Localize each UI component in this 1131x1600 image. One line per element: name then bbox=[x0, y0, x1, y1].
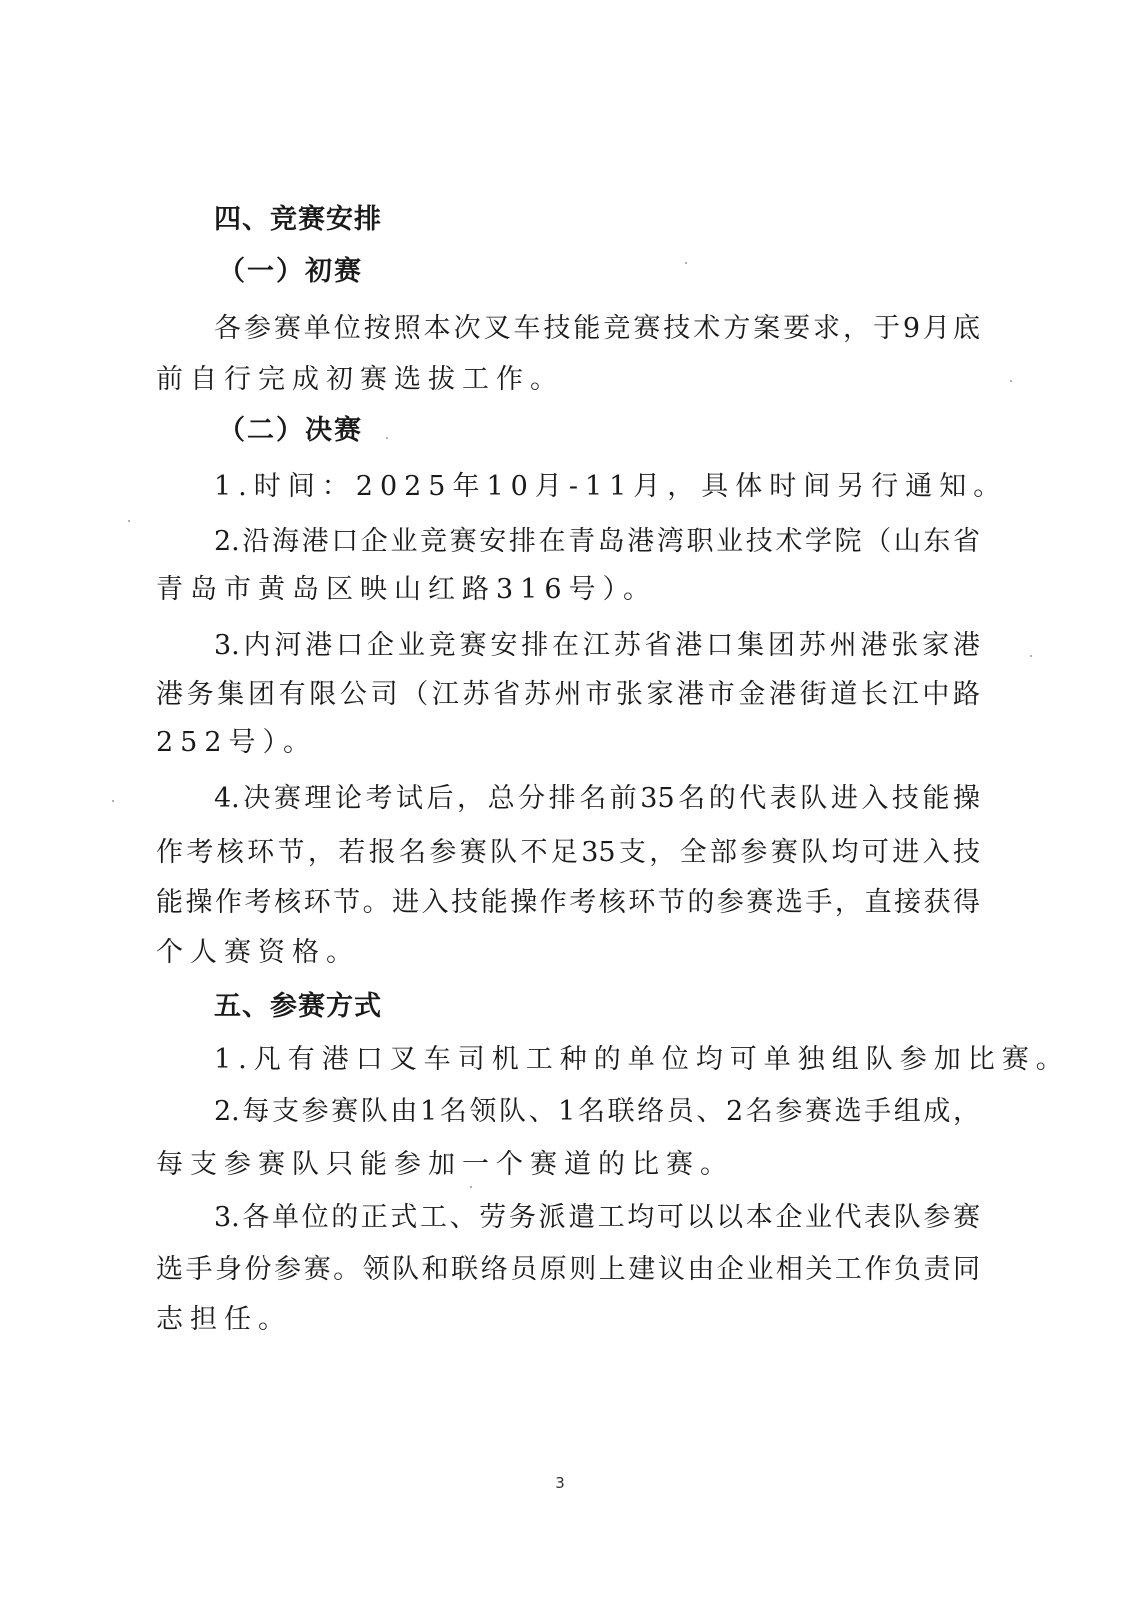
scan-speck bbox=[1010, 380, 1012, 382]
paragraph-line: 志担任。 bbox=[156, 1300, 986, 1340]
paragraph-line: 2.沿海港口企业竞赛安排在青岛港湾职业技术学院（山东省 bbox=[214, 522, 980, 562]
section-heading-4: 四、竞赛安排 bbox=[214, 200, 1044, 240]
paragraph-line: 3.内河港口企业竞赛安排在江苏省港口集团苏州港张家港 bbox=[214, 626, 980, 666]
paragraph-line: 前自行完成初赛选拔工作。 bbox=[156, 360, 986, 400]
paragraph-line: 青岛市黄岛区映山红路316号）。 bbox=[156, 570, 986, 610]
paragraph-line: 1.时间：2025年10月-11月，具体时间另行通知。 bbox=[214, 467, 1044, 507]
paragraph-line: 选手身份参赛。领队和联络员原则上建议由企业相关工作负责同 bbox=[156, 1250, 980, 1290]
scan-speck bbox=[112, 800, 114, 802]
paragraph-line: 每支参赛队只能参加一个赛道的比赛。 bbox=[156, 1145, 986, 1185]
scan-speck bbox=[1030, 655, 1032, 657]
scan-speck bbox=[386, 437, 388, 439]
paragraph-line: 作考核环节，若报名参赛队不足35支，全部参赛队均可进入技 bbox=[156, 833, 980, 873]
paragraph-line: 能操作考核环节。进入技能操作考核环节的参赛选手，直接获得 bbox=[156, 883, 980, 923]
scan-speck bbox=[128, 520, 130, 522]
section-heading-5: 五、参赛方式 bbox=[214, 987, 1044, 1027]
paragraph-line: 各参赛单位按照本次叉车技能竞赛技术方案要求，于9月底 bbox=[214, 309, 980, 349]
paragraph-line: 港务集团有限公司（江苏省苏州市张家港市金港街道长江中路 bbox=[156, 675, 980, 715]
document-page: 四、竞赛安排 （一）初赛 各参赛单位按照本次叉车技能竞赛技术方案要求，于9月底 … bbox=[0, 0, 1131, 1600]
paragraph-line: 252号）。 bbox=[156, 723, 986, 763]
scan-speck bbox=[470, 1186, 472, 1188]
paragraph-line: 1.凡有港口叉车司机工种的单位均可单独组队参加比赛。 bbox=[214, 1040, 1044, 1080]
subsection-heading-preliminary: （一）初赛 bbox=[218, 252, 1048, 292]
scan-speck bbox=[685, 262, 687, 264]
subsection-heading-final: （二）决赛 bbox=[218, 411, 1048, 451]
paragraph-line: 个人赛资格。 bbox=[156, 933, 986, 973]
paragraph-line: 3.各单位的正式工、劳务派遣工均可以以本企业代表队参赛 bbox=[214, 1198, 980, 1238]
paragraph-line: 4.决赛理论考试后，总分排名前35名的代表队进入技能操 bbox=[214, 779, 980, 819]
paragraph-line: 2.每支参赛队由1名领队、1名联络员、2名参赛选手组成， bbox=[214, 1092, 980, 1132]
page-number: 3 bbox=[0, 1474, 1120, 1492]
